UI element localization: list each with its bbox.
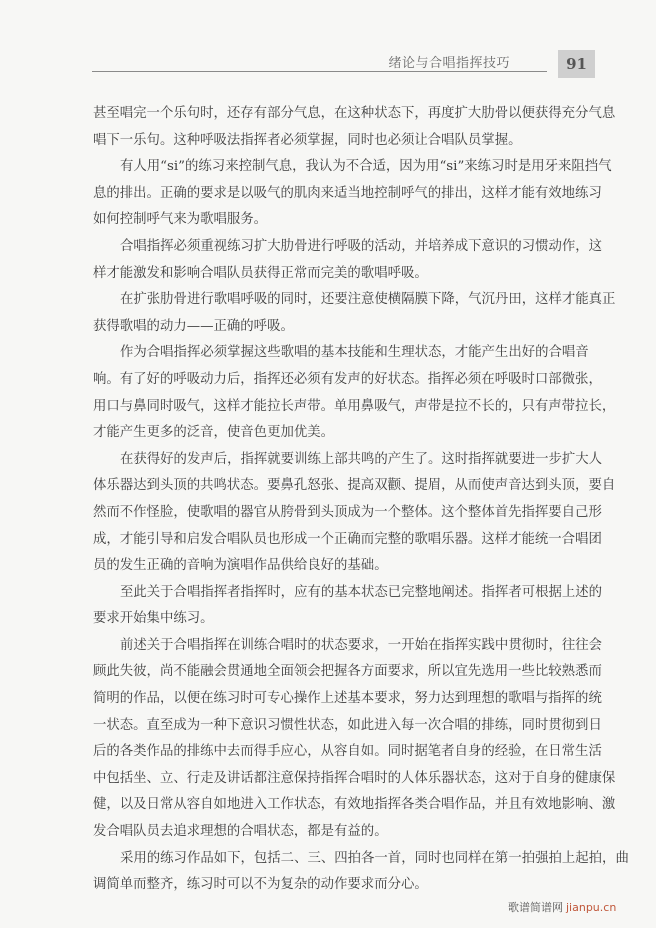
text-line: 至此关于合唱指挥者指挥时，应有的基本状态已完整地阐述。指挥者可根据上述的 xyxy=(93,580,583,607)
text-line: 唱下一乐句。这种呼吸法指挥者必须掌握，同时也必须让合唱队员掌握。 xyxy=(93,128,583,155)
text-line: 在扩张肋骨进行歌唱呼吸的同时，还要注意使横隔膜下降，气沉丹田，这样才能真正 xyxy=(93,287,583,314)
text-line: 作为合唱指挥必须掌握这些歌唱的基本技能和生理状态，才能产生出好的合唱音 xyxy=(93,340,583,367)
text-line: 样才能激发和影响合唱队员获得正常而完美的歌唱呼吸。 xyxy=(93,261,583,288)
running-title: 绪论与合唱指挥技巧 xyxy=(388,52,510,71)
text-line: 健，以及日常从容自如地进入工作状态，有效地指挥各类合唱作品，并且有效地影响、激 xyxy=(93,792,583,819)
text-line: 要求开始集中练习。 xyxy=(93,606,583,633)
text-line: 中包括坐、立、行走及讲话都注意保持指挥合唱时的人体乐器状态，这对于自身的健康保 xyxy=(93,766,583,793)
text-line: 调简单而整齐，练习时可以不为复杂的动作要求而分心。 xyxy=(93,872,583,899)
text-line: 获得歌唱的动力——正确的呼吸。 xyxy=(93,314,583,341)
body-text: 甚至唱完一个乐句时，还存有部分气息，在这种状态下，再度扩大肋骨以便获得充分气息唱… xyxy=(93,101,583,899)
text-line: 响。有了好的呼吸动力后，指挥还必须有发声的好状态。指挥必须在呼吸时口部微张， xyxy=(93,367,583,394)
text-line: 息的排出。正确的要求是以吸气的肌肉来适当地控制呼气的排出，这样才能有效地练习 xyxy=(93,181,583,208)
watermark-site-name: 歌谱简谱网 xyxy=(508,901,563,914)
text-line: 成，才能引导和启发合唱队员也形成一个正确而完整的歌唱乐器。这样才能统一合唱团 xyxy=(93,527,583,554)
book-page: 绪论与合唱指挥技巧 91 甚至唱完一个乐句时，还存有部分气息，在这种状态下，再度… xyxy=(0,0,656,928)
text-line: 一状态。直至成为一种下意识习惯性状态，如此进入每一次合唱的排练，同时贯彻到日 xyxy=(93,713,583,740)
text-line: 发合唱队员去追求理想的合唱状态，都是有益的。 xyxy=(93,819,583,846)
text-line: 才能产生更多的泛音，使音色更加优美。 xyxy=(93,420,583,447)
text-line: 有人用“si”的练习来控制气息，我认为不合适，因为用“si”来练习时是用牙来阻挡… xyxy=(93,154,583,181)
watermark-site-url: jianpu.cn xyxy=(566,901,616,914)
text-line: 采用的练习作品如下，包括二、三、四拍各一首，同时也同样在第一拍强拍上起拍，曲 xyxy=(93,846,583,873)
text-line: 员的发生正确的音响为演唱作品供给良好的基础。 xyxy=(93,553,583,580)
watermark: 歌谱简谱网jianpu.cn xyxy=(508,899,616,915)
page-number: 91 xyxy=(558,50,595,78)
text-line: 甚至唱完一个乐句时，还存有部分气息，在这种状态下，再度扩大肋骨以便获得充分气息 xyxy=(93,101,583,128)
text-line: 用口与鼻同时吸气，这样才能拉长声带。单用鼻吸气，声带是拉不长的，只有声带拉长， xyxy=(93,394,583,421)
text-line: 然而不作怪脸，使歌唱的器官从胯骨到头顶成为一个整体。这个整体首先指挥要自己形 xyxy=(93,500,583,527)
running-header: 绪论与合唱指挥技巧 91 xyxy=(92,44,592,84)
text-line: 如何控制呼气来为歌唱服务。 xyxy=(93,207,583,234)
header-rule xyxy=(92,71,547,72)
text-line: 后的各类作品的排练中去而得手应心，从容自如。同时据笔者自身的经验，在日常生活 xyxy=(93,739,583,766)
text-line: 前述关于合唱指挥在训练合唱时的状态要求，一开始在指挥实践中贯彻时，往往会 xyxy=(93,633,583,660)
text-line: 体乐器达到头顶的共鸣状态。要鼻孔怒张、提高双颧、提眉，从而使声音达到头顶，要自 xyxy=(93,473,583,500)
text-line: 简明的作品，以便在练习时可专心操作上述基本要求，努力达到理想的歌唱与指挥的统 xyxy=(93,686,583,713)
text-line: 合唱指挥必须重视练习扩大肋骨进行呼吸的活动，并培养成下意识的习惯动作，这 xyxy=(93,234,583,261)
text-line: 在获得好的发声后，指挥就要训练上部共鸣的产生了。这时指挥就要进一步扩大人 xyxy=(93,447,583,474)
text-line: 顾此失彼，尚不能融会贯通地全面领会把握各方面要求，所以宜先选用一些比较熟悉而 xyxy=(93,659,583,686)
